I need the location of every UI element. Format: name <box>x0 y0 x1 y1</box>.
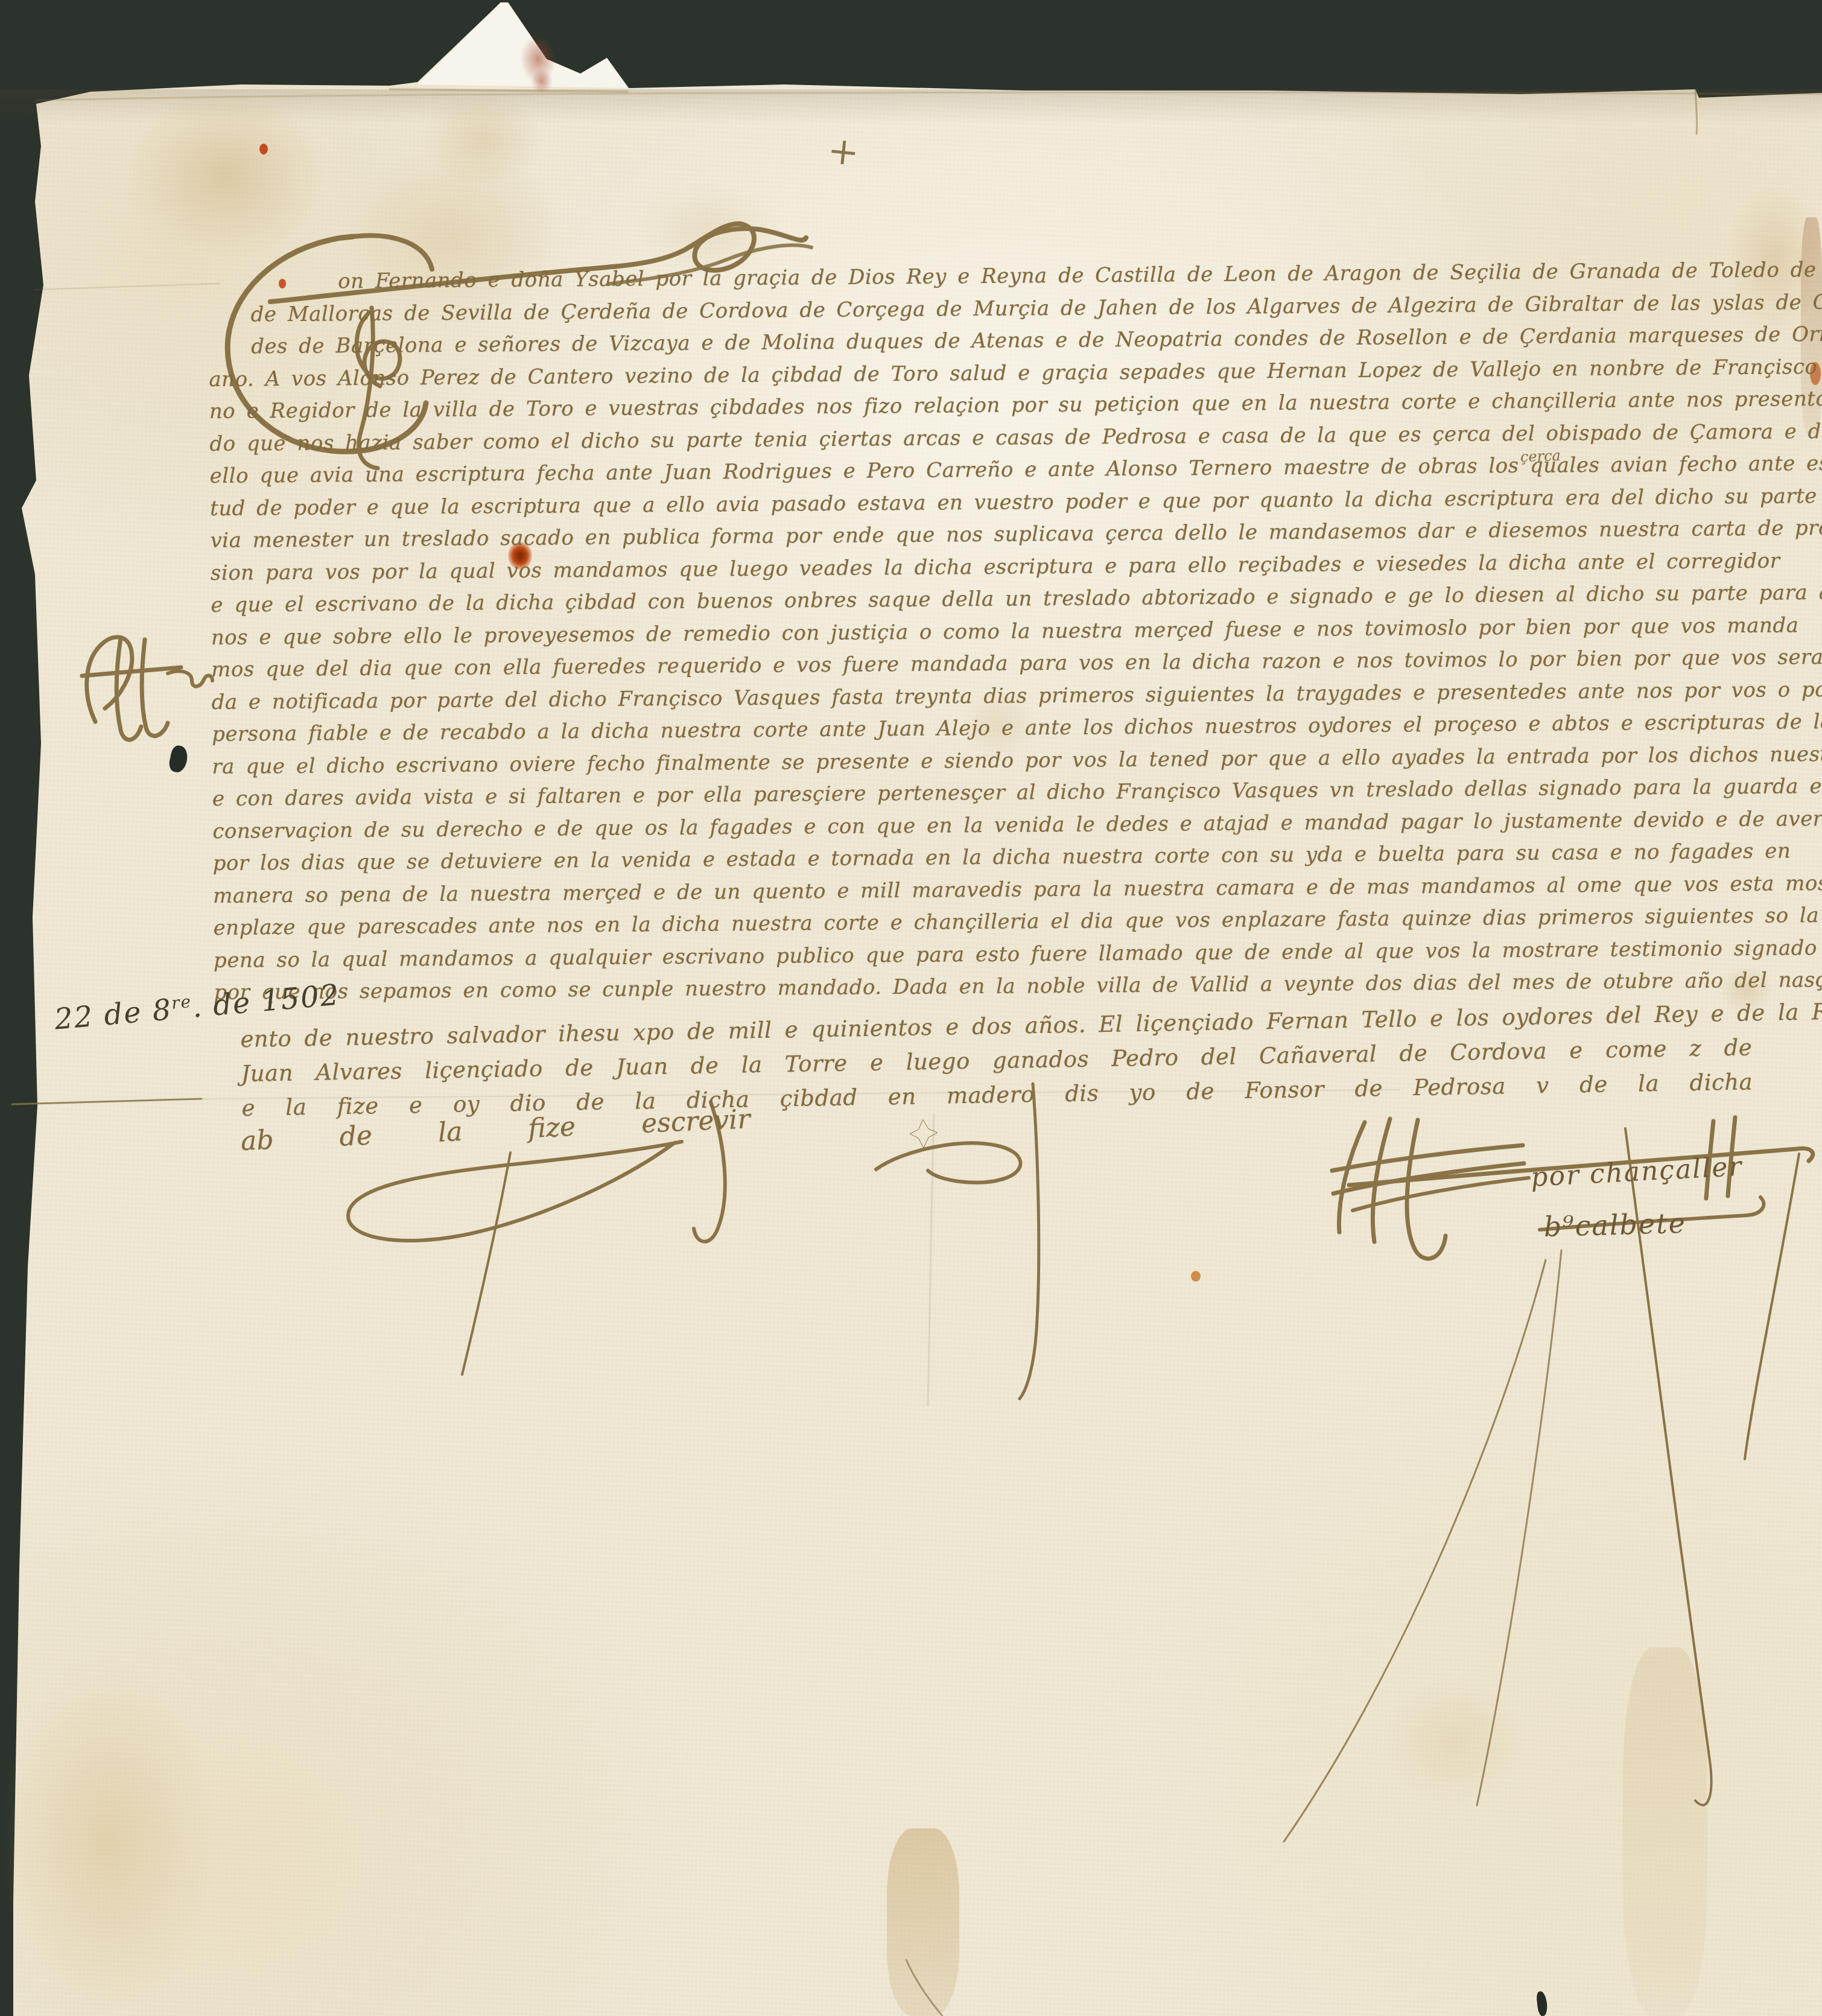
main-text-block: on Fernando e doña Ysabel por la graçia … <box>208 255 1759 1010</box>
invocation-cross-icon: + <box>825 127 861 174</box>
center-flourish <box>876 1084 1039 1399</box>
margin-date-superscript: re <box>171 991 193 1013</box>
photographed-manuscript: + on Fernando e doña Ysabel por la graçi… <box>0 0 1822 2016</box>
chancellor-name: b⁹calbete <box>1543 1207 1687 1243</box>
margin-rubric <box>82 637 212 740</box>
interlinear-note: çerca <box>1520 447 1561 465</box>
